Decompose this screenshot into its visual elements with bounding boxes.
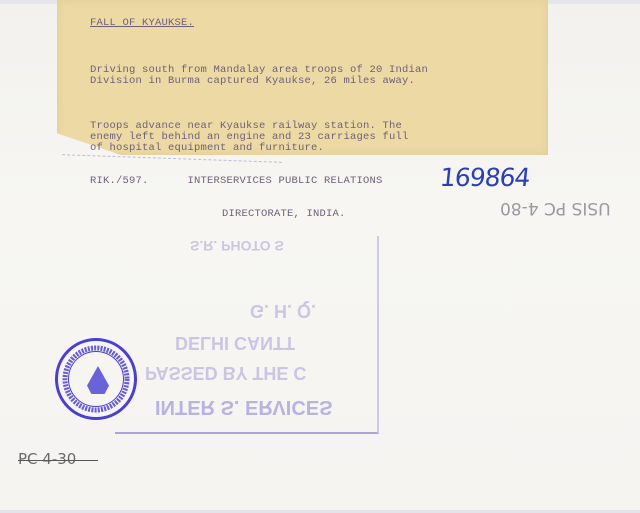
stamp-line-1: S.R. PHOTO S: [190, 238, 284, 254]
shield-emblem-icon: [87, 366, 109, 394]
catalog-number: 169864: [438, 163, 530, 192]
stamp-line-5: INTER S. ERVICES: [155, 395, 332, 418]
pc-note: PC 4-30: [18, 450, 76, 468]
stamp-line-3: DELHI CANTT: [175, 332, 295, 353]
caption-paragraph-2: Troops advance near Kyaukse railway stat…: [90, 121, 540, 154]
strikethrough-line: [18, 460, 98, 461]
seal-inner-ring: [68, 351, 124, 407]
seal-stamp: [55, 338, 137, 420]
stamp-line-4: PASSED BY THE C: [145, 362, 306, 383]
stamp-line-2: G. H. Q.: [250, 300, 316, 321]
photo-back-sheet: FALL OF KYAUKSE. Driving south from Mand…: [0, 0, 640, 513]
reference-number: RIK./597.: [90, 175, 149, 187]
caption-text: FALL OF KYAUKSE. Driving south from Mand…: [90, 0, 540, 242]
credit-line-2: DIRECTORATE, INDIA.: [90, 209, 540, 220]
credit-line-1: INTERSERVICES PUBLIC RELATIONS: [188, 175, 383, 187]
usis-note: USIS PC 4-80: [500, 198, 611, 218]
caption-title: FALL OF KYAUKSE.: [90, 18, 540, 29]
caption-paragraph-1: Driving south from Mandalay area troops …: [90, 65, 540, 87]
